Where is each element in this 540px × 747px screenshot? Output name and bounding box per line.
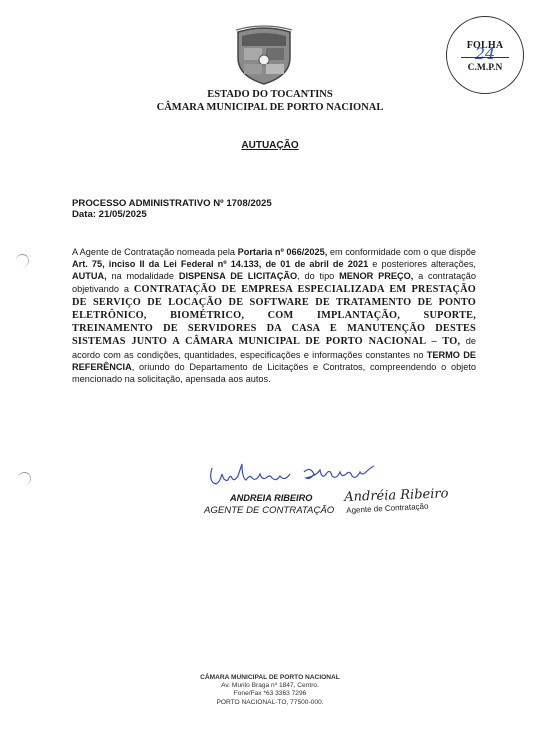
- footer-address: Av. Murilo Braga nº 1847, Centro.: [0, 682, 540, 690]
- header-state: ESTADO DO TOCANTINS: [0, 89, 540, 100]
- process-date: Data: 21/05/2025: [72, 209, 272, 220]
- footer-org: CÂMARA MUNICIPAL DE PORTO NACIONAL: [0, 674, 540, 682]
- coat-of-arms-icon: [232, 24, 296, 86]
- footer-phone: Fone/Fax *63 3363 7296: [0, 690, 540, 698]
- body-text: em conformidade com o que dispõe: [327, 247, 476, 257]
- stamp-org: C.M.P.N: [447, 63, 523, 73]
- document-title: AUTUAÇÃO: [0, 140, 540, 151]
- document-body: A Agente de Contratação nomeada pela Por…: [72, 246, 476, 385]
- footer-city: PORTO NACIONAL-TO, 77500-000.: [0, 699, 540, 707]
- portaria-ref: Portaria nº 066/2025,: [238, 247, 328, 257]
- footer: CÂMARA MUNICIPAL DE PORTO NACIONAL Av. M…: [0, 674, 540, 707]
- body-text: A Agente de Contratação nomeada pela: [72, 247, 238, 257]
- body-text: na modalidade: [107, 271, 179, 281]
- document-page: FOLHA 24 C.M.P.N ESTADO DO TOCANTINS CÂM…: [0, 0, 540, 747]
- modality: DISPENSA DE LICITAÇÃO: [179, 271, 297, 281]
- header-chamber: CÂMARA MUNICIPAL DE PORTO NACIONAL: [0, 102, 540, 113]
- law-ref: Art. 75, inciso II da Lei Federal nº 14.…: [72, 259, 368, 269]
- punch-hole-mark: [16, 254, 29, 267]
- handwritten-signature: [206, 460, 386, 492]
- body-text: e posteriores alterações,: [368, 259, 476, 269]
- stamp-page-number: 24: [447, 44, 523, 63]
- signatory-name: ANDREIA RIBEIRO: [230, 493, 312, 503]
- punch-hole-mark: [18, 472, 31, 485]
- body-text: , oriundo do Departamento de Licitações …: [72, 362, 476, 384]
- body-text: , do tipo: [297, 271, 339, 281]
- process-number: PROCESSO ADMINISTRATIVO Nº 1708/2025: [72, 198, 272, 209]
- autua-keyword: AUTUA,: [72, 271, 107, 281]
- process-block: PROCESSO ADMINISTRATIVO Nº 1708/2025 Dat…: [72, 198, 272, 220]
- folha-stamp: FOLHA 24 C.M.P.N: [446, 16, 524, 94]
- award-type: MENOR PREÇO,: [339, 271, 413, 281]
- stamp-divider: [461, 57, 509, 58]
- stamp-signatory-name: Andréia Ribeiro: [344, 486, 449, 505]
- signatory-role: AGENTE DE CONTRATAÇÃO: [204, 505, 334, 516]
